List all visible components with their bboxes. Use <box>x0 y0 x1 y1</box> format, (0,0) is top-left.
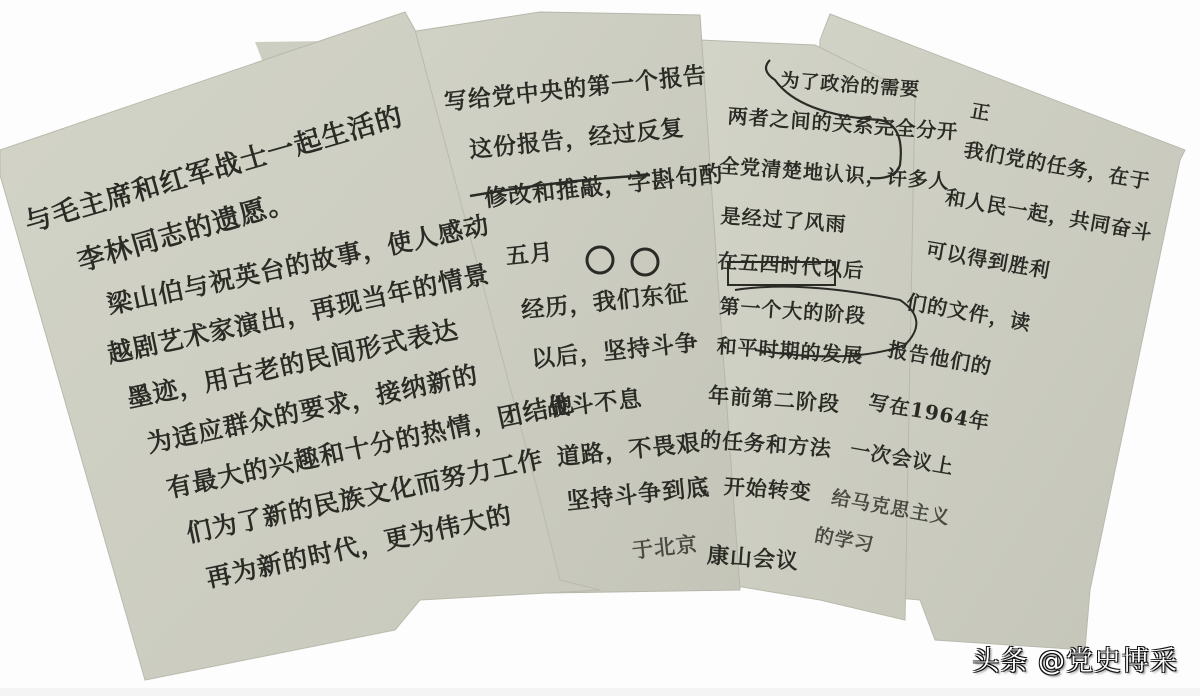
photo-stage: 与毛主席和红军战士一起生活的 李林同志的遗愿。 梁山伯与祝英台的故事，使人感动 … <box>0 0 1200 696</box>
bottom-strip <box>0 688 1200 696</box>
page-4-line: 正 <box>969 100 993 125</box>
manuscript-photo: 与毛主席和红军战士一起生活的 李林同志的遗愿。 梁山伯与祝英台的故事，使人感动 … <box>0 0 1200 696</box>
watermark: 头条 @党史博采 <box>972 639 1178 678</box>
page-2-line: 五月 <box>504 239 555 271</box>
